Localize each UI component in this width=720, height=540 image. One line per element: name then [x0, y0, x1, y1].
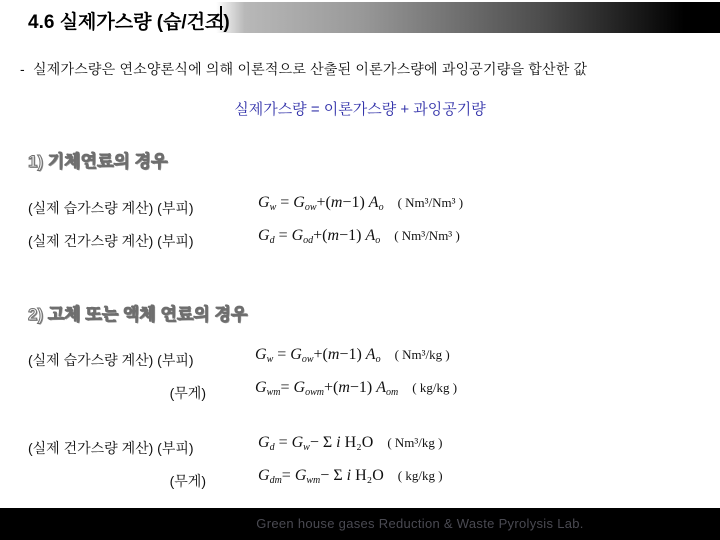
section-2-row-2-label: (무게) [28, 383, 206, 403]
summary-equation: 실제가스량 = 이론가스량 + 과잉공기량 [0, 98, 720, 119]
formula-expression: Gw = Gow+(m−1) Ao [258, 194, 384, 211]
section-1-heading: 1) 기체연료의 경우 [28, 147, 168, 172]
section-1-row-1-label: (실제 습가스량 계산) (부피) [28, 198, 206, 218]
formula-expression: Gw = Gow+(m−1) Ao [255, 346, 381, 363]
section-2-row-1-label: (실제 습가스량 계산) (부피) [28, 350, 206, 370]
formula-unit: ( Nm³/kg ) [387, 435, 442, 450]
formula-expression: Gd = God+(m−1) Ao [258, 227, 380, 244]
section-2-row-3-formula: Gd = Gw− Σ i H₂O( Nm³/kg ) [258, 434, 442, 453]
formula-expression: Gdm= Gwm− Σ i H₂O [258, 467, 384, 484]
slide-title[interactable]: 4.6 실제가스량 (습/건조) [28, 7, 230, 34]
bullet-line: - 실제가스량은 연소양론식에 의해 이론적으로 산출된 이론가스량에 과잉공기… [20, 59, 710, 79]
section-2-row-1-formula: Gw = Gow+(m−1) Ao( Nm³/kg ) [255, 346, 450, 365]
formula-expression: Gwm= Gowm+(m−1) Aom [255, 379, 398, 396]
formula-unit: ( kg/kg ) [398, 468, 443, 483]
formula-unit: ( kg/kg ) [412, 380, 457, 395]
formula-unit: ( Nm³/kg ) [395, 347, 450, 362]
section-2-heading: 2) 고체 또는 액체 연료의 경우 [28, 300, 247, 325]
formula-unit: ( Nm³/Nm³ ) [398, 195, 464, 210]
formula-expression: Gd = Gw− Σ i H₂O [258, 434, 373, 451]
footer-lab-name: Green house gases Reduction & Waste Pyro… [120, 508, 720, 540]
section-1-row-1-formula: Gw = Gow+(m−1) Ao( Nm³/Nm³ ) [258, 194, 463, 213]
section-2-row-4-label: (무게) [28, 471, 206, 491]
formula-unit: ( Nm³/Nm³ ) [394, 228, 460, 243]
section-1-row-2-label: (실제 건가스량 계산) (부피) [28, 231, 206, 251]
section-2-row-3-label: (실제 건가스량 계산) (부피) [28, 438, 206, 458]
section-1-row-2-formula: Gd = God+(m−1) Ao( Nm³/Nm³ ) [258, 227, 460, 246]
section-2-row-2-formula: Gwm= Gowm+(m−1) Aom( kg/kg ) [255, 379, 457, 398]
footer-bar: Green house gases Reduction & Waste Pyro… [0, 508, 720, 540]
text-cursor [220, 6, 222, 30]
slide: 4.6 실제가스량 (습/건조) - 실제가스량은 연소양론식에 의해 이론적으… [0, 0, 720, 540]
section-2-row-4-formula: Gdm= Gwm− Σ i H₂O( kg/kg ) [258, 467, 443, 486]
